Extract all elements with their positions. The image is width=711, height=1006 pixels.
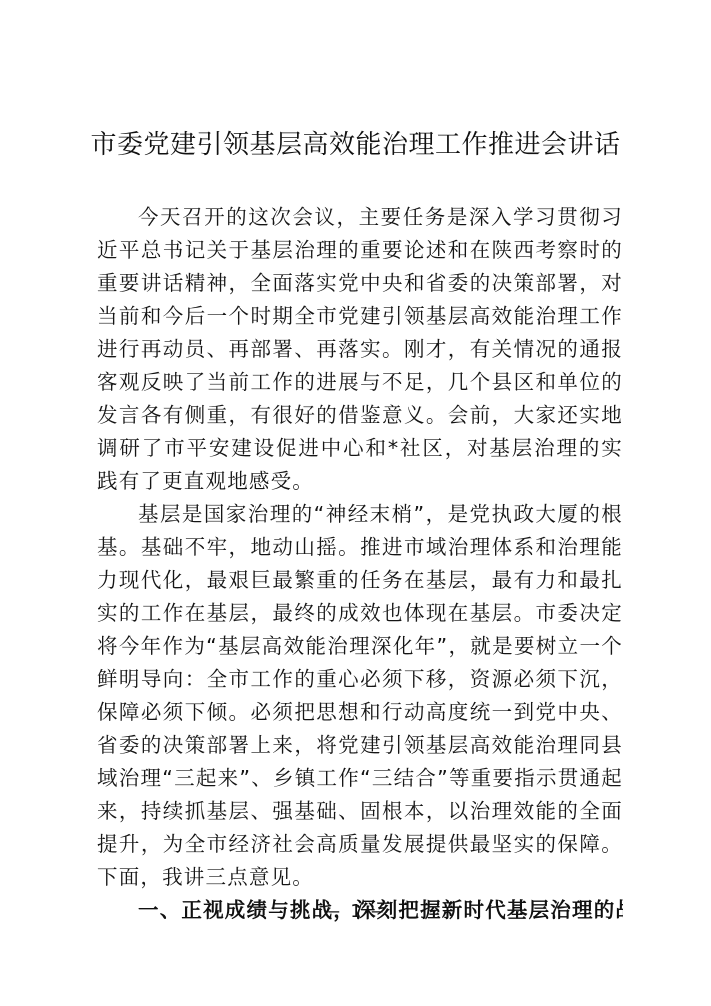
page-number: — 1 — — [0, 900, 711, 924]
paragraph-grassroots: 基层是国家治理的“神经末梢”，是党执政大厦的根基。基础不牢，地动山摇。推进市域治… — [97, 498, 623, 894]
document-body: 今天召开的这次会议，主要任务是深入学习贯彻习近平总书记关于基层治理的重要论述和在… — [97, 201, 623, 927]
document-title: 市委党建引领基层高效能治理工作推进会讲话 — [0, 127, 711, 163]
document-page: 市委党建引领基层高效能治理工作推进会讲话 今天召开的这次会议，主要任务是深入学习… — [0, 0, 711, 1006]
paragraph-opening: 今天召开的这次会议，主要任务是深入学习贯彻习近平总书记关于基层治理的重要论述和在… — [97, 201, 623, 498]
